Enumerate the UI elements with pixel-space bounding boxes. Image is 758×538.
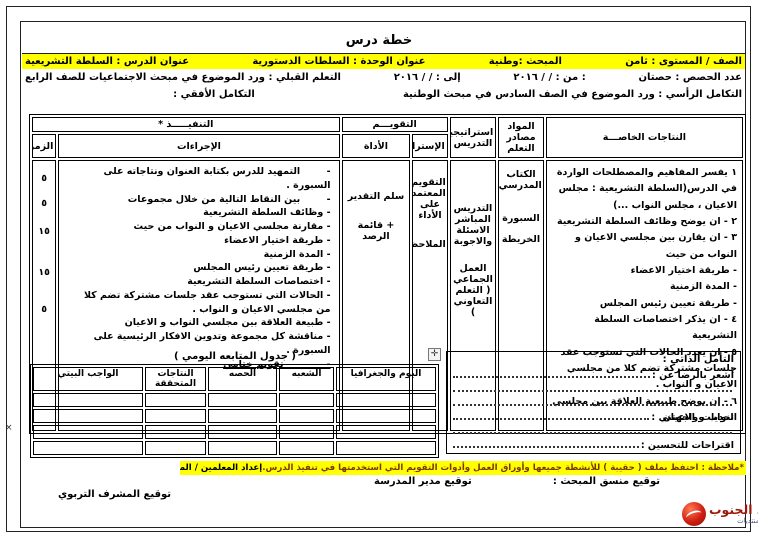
- dotted-fill-line: [453, 418, 649, 420]
- material-item: الكتاب المدرسي: [500, 169, 542, 191]
- periods-count: عدد الحصص : حصتان: [638, 72, 742, 83]
- material-item: الخريطة: [500, 234, 542, 245]
- date-to: إلى : / / ٢٠١٦: [394, 72, 461, 83]
- time-value: ١٥: [33, 226, 55, 237]
- reflection-line: أشعر بالرضا عن :: [451, 367, 734, 381]
- daily-followup-row: [33, 393, 436, 407]
- daily-followup-column-header: اليوم والجغرافيا: [336, 367, 436, 391]
- col-header-evaluation-tool: الأداة: [342, 134, 411, 158]
- header-row-basic-info: الصف / المستوى : ثامن المبحث :وطنية عنوا…: [22, 54, 745, 69]
- time-value: ٥: [33, 173, 55, 184]
- daily-followup-title: ( جدول المتابعه اليومي ): [31, 351, 439, 364]
- reflection-line: اقتراحات للتحسين :: [451, 437, 734, 451]
- reflection-line: [451, 395, 734, 409]
- strategy-item: العمل الجماعي ( التعلم التعاوني ): [452, 263, 495, 318]
- daily-followup-row: [33, 409, 436, 423]
- table-move-handle-icon[interactable]: ✛: [428, 348, 441, 361]
- logo-subtitle: منتديات: [709, 517, 758, 525]
- time-value: ٥: [33, 198, 55, 209]
- daily-followup-row: [33, 425, 436, 439]
- procedure-item: - مقارنة مجلسي الاعيان و النواب من حيث: [67, 220, 330, 234]
- reflection-line: تحديات واجهتني :: [451, 409, 734, 423]
- col-header-materials: المواد مصادر التعلم: [498, 117, 544, 158]
- time-value: ٥: [33, 304, 55, 315]
- col-header-strategies: استراتيجيات التدريس: [450, 117, 497, 158]
- grade-level: الصف / المستوى : ثامن: [625, 56, 742, 67]
- page-title: خطة درس: [0, 33, 758, 48]
- outcome-item: - المدة الزمنية: [552, 279, 737, 295]
- lesson-title: عنوان الدرس : السلطة التشريعية: [25, 56, 189, 67]
- daily-followup-column-header: الحصه: [208, 367, 277, 391]
- procedure-item: - المدة الزمنية: [67, 248, 330, 262]
- lesson-info-header: الصف / المستوى : ثامن المبحث :وطنية عنوا…: [22, 53, 745, 107]
- daily-followup-header-row: اليوم والجغرافياالشعبهالحصهالنتاجات المت…: [33, 367, 436, 391]
- dotted-fill-line: [453, 432, 732, 434]
- col-header-procedures: الإجراءات: [58, 134, 339, 158]
- daily-followup-row: [33, 441, 436, 455]
- procedure-item: - بين النقاط التالية من خلال مجموعات: [67, 193, 330, 207]
- col-header-evaluation-strategy: الإستراتيجية: [412, 134, 447, 158]
- col-header-execution-group: التنفيـــــذ *: [32, 117, 340, 132]
- reflection-line: [451, 423, 734, 437]
- header-row-periods-dates: عدد الحصص : حصتان : من : / / ٢٠١٦ إلى : …: [22, 69, 745, 86]
- procedure-item: - طريقة تعيين رئيس المجلس: [67, 261, 330, 275]
- vertical-integration: التكامل الرأسي : ورد الموضوع في الصف الس…: [403, 89, 742, 100]
- outcome-item: - طريقة تعيين رئيس المجلس: [552, 296, 737, 312]
- daily-followup-section: ( جدول المتابعه اليومي ) اليوم والجغرافي…: [31, 351, 439, 458]
- unit-title: عنوان الوحدة : السلطات الدستورية: [252, 56, 425, 67]
- horizontal-integration: التكامل الأفقي :: [173, 89, 255, 100]
- self-reflection-lines: أشعر بالرضا عن : تحديات واجهتني : اقتراح…: [451, 367, 734, 451]
- time-value: ١٥: [33, 267, 55, 278]
- anchor-marker-icon: ×: [5, 423, 13, 433]
- daily-followup-column-header: الشعبه: [279, 367, 334, 391]
- daily-followup-table: اليوم والجغرافياالشعبهالحصهالنتاجات المت…: [30, 364, 439, 458]
- daily-followup-column-header: الواجب البيتي: [33, 367, 143, 391]
- reflection-label: أشعر بالرضا عن :: [652, 370, 734, 381]
- dotted-fill-line: [453, 404, 732, 406]
- teacher-note: *ملاحظة : احتفظ بملف ( حقيبة ) للأنشطة ج…: [262, 463, 744, 473]
- procedure-item: - وظائف السلطة التشريعية: [67, 206, 330, 220]
- procedure-item: - التمهيد للدرس بكتابة العنوان ونتاجاته …: [67, 165, 330, 193]
- dotted-fill-line: [453, 390, 732, 392]
- header-row-integration: التكامل الرأسي : ورد الموضوع في الصف الس…: [22, 86, 745, 107]
- evaluation-strategy-item: الملاحظة: [414, 239, 445, 250]
- date-from: : من : / / ٢٠١٦: [513, 72, 585, 83]
- daily-followup-body: [33, 393, 436, 455]
- logo-ball-icon: [682, 502, 706, 526]
- signature-subject-coordinator: توقيع منسق المبحث :: [553, 476, 660, 487]
- prepared-by: إعداد المعلمين / المعلمات : سوزان الصلاح…: [180, 463, 262, 473]
- reflection-label: اقتراحات للتحسين :: [641, 440, 734, 451]
- self-reflection-title: التأمل الذاتي :: [451, 354, 734, 367]
- strategy-item: التدريس المباشر الاسئلة والاجوبة: [452, 203, 495, 247]
- procedure-item: - طبيعة العلاقة بين مجلسي النواب و الاعي…: [67, 316, 330, 330]
- subject-name: المبحث :وطنية: [489, 56, 562, 67]
- reflection-line: [451, 381, 734, 395]
- signature-school-principal: توقيع مدير المدرسة: [374, 476, 472, 487]
- dotted-fill-line: [453, 376, 650, 378]
- procedure-item: - الحالات التي تستوجب عقد جلسات مشتركة ت…: [67, 289, 330, 317]
- daily-followup-column-header: النتاجات المتحققة: [145, 367, 206, 391]
- outcome-item: - طريقة اختيار الاعضاء: [552, 263, 737, 279]
- col-header-time: الزمن: [32, 134, 56, 158]
- logo-name: صدى الجنوب: [709, 503, 758, 517]
- procedure-item: - طريقة اختيار الاعضاء: [67, 234, 330, 248]
- self-reflection-box: التأمل الذاتي : أشعر بالرضا عن : تحديات …: [446, 351, 741, 454]
- material-item: السبورة: [500, 213, 542, 224]
- outcome-item: ٣ - ان يقارن بين مجلسي الاعيان و النواب …: [552, 230, 737, 263]
- procedure-item: - اختصاصات السلطة التشريعية: [67, 275, 330, 289]
- outcome-item: ١ يفسر المفاهيم والمصطلحات الواردة في ال…: [552, 165, 737, 214]
- outcome-item: ٢ - ان يوضح وظائف السلطة التشريعية: [552, 214, 737, 230]
- evaluation-tool-item: سلم التقدير: [344, 191, 409, 202]
- signature-educational-supervisor: توقيع المشرف التربوي: [58, 489, 171, 500]
- outcome-item: ٤ - ان يذكر اختصاصات السلطة التشريعية: [552, 312, 737, 345]
- col-header-outcomes: النتاجات الخاصـــة: [546, 117, 743, 158]
- reflection-label: تحديات واجهتني :: [651, 412, 734, 423]
- evaluation-strategy-item: التقويم المعتمد على الأداء: [414, 177, 445, 221]
- evaluation-tool-item: + قائمة الرصد: [344, 220, 409, 242]
- sada-aljanoub-logo: صدى الجنوب منتديات: [682, 491, 756, 537]
- note-bar: *ملاحظة : احتفظ بملف ( حقيبة ) للأنشطة ج…: [180, 461, 746, 475]
- col-header-evaluation-group: التقويـــم: [342, 117, 448, 132]
- prior-learning: التعلم القبلي : ورد الموضوع في مبحث الاج…: [25, 72, 341, 83]
- dotted-fill-line: [453, 446, 639, 448]
